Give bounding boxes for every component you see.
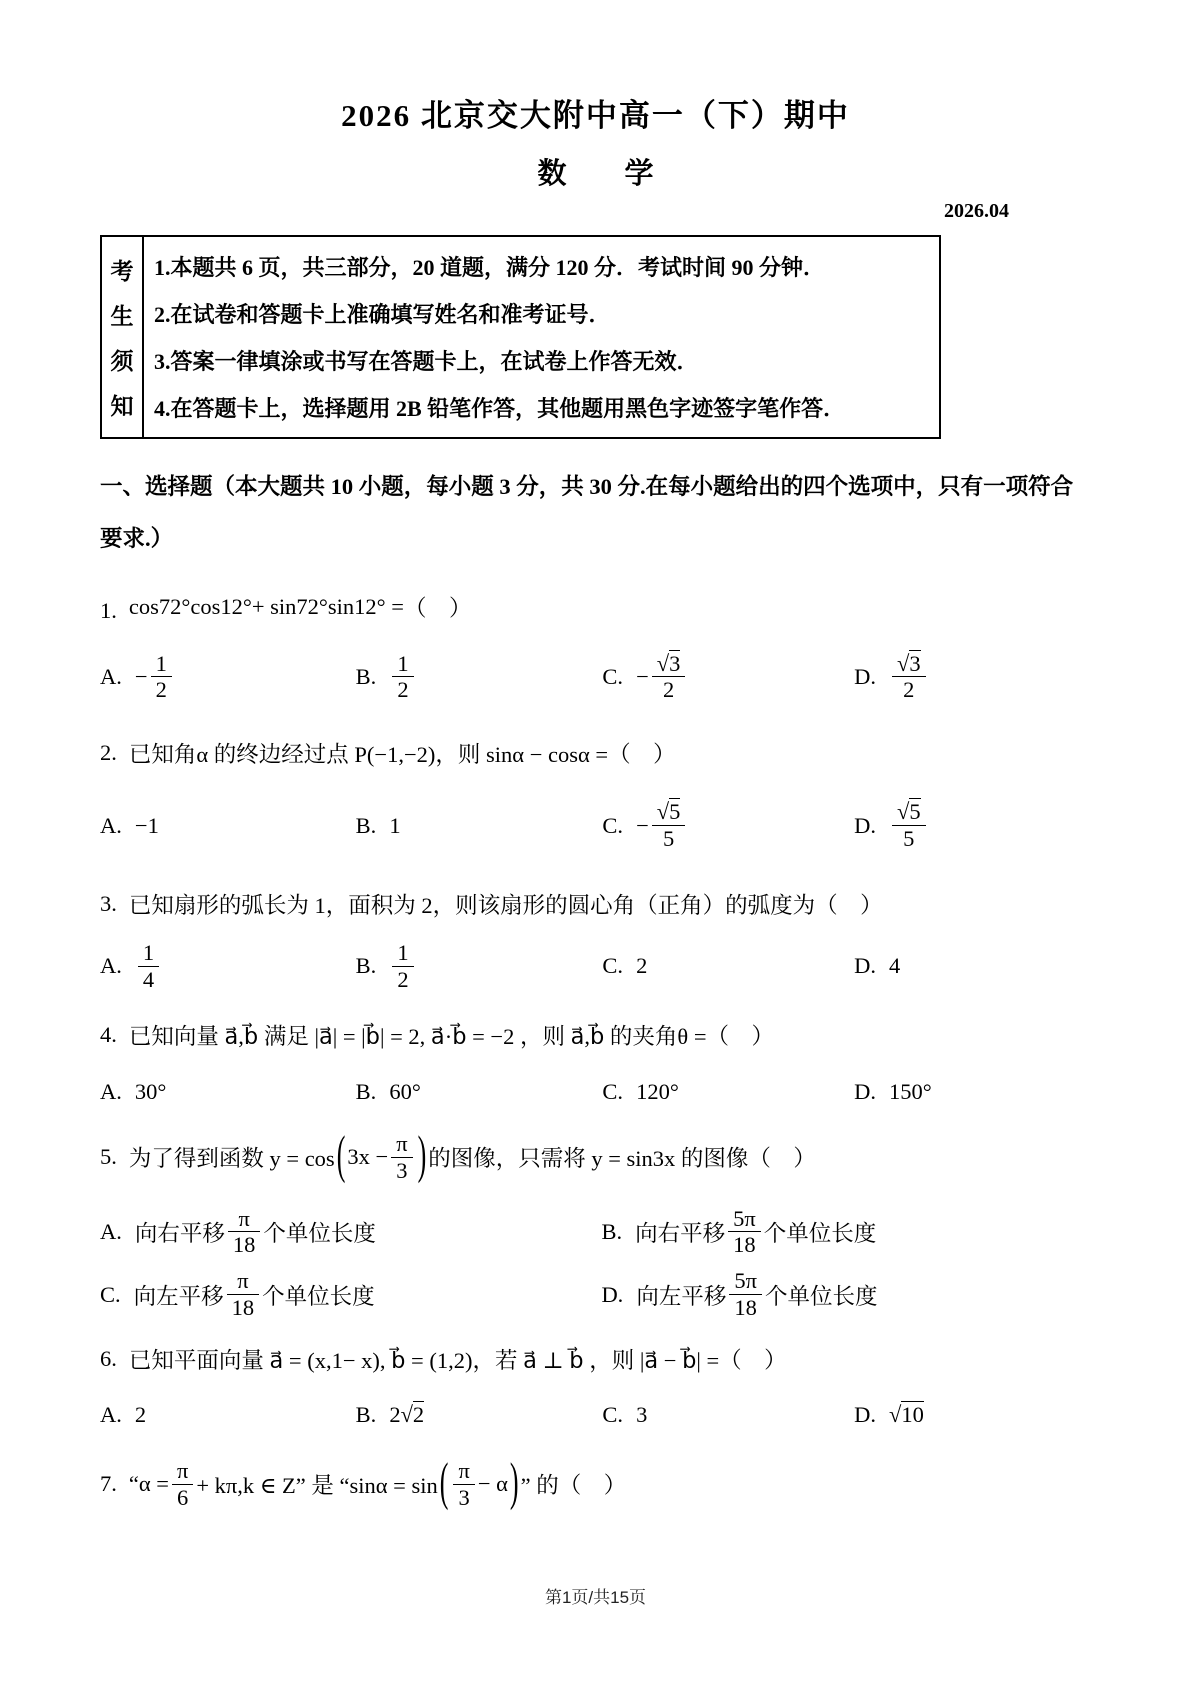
option-label: D.	[854, 664, 876, 690]
big-right-paren: )	[418, 1125, 427, 1187]
option-label: D.	[854, 953, 876, 979]
option-A: A. 14	[100, 940, 356, 993]
option-label: C.	[602, 664, 623, 690]
question-1-stem: cos72°cos12°+ sin72°sin12° =	[129, 594, 404, 620]
option-label: C.	[602, 953, 623, 979]
question-3-options: A. 14 B. 12 C. 2 D. 4	[100, 940, 1091, 993]
question-5: 5. 为了得到函数 y = cos ( 3x − π3 ) 的图像，只需将 y …	[100, 1131, 1091, 1184]
exam-date: 2026.04	[100, 200, 1091, 223]
big-right-paren: )	[510, 1452, 519, 1514]
option-D: D. √10	[854, 1401, 1091, 1428]
option-A: A. −1	[100, 813, 356, 839]
minus-sign: −	[636, 813, 649, 839]
radical-sign: √	[897, 799, 909, 824]
radical-sign: √	[401, 1402, 413, 1428]
option-D: D. 4	[854, 953, 1091, 979]
option-A: A. 2	[100, 1402, 356, 1428]
fraction: 5π18	[728, 1206, 761, 1259]
option-label: D.	[854, 1402, 876, 1428]
option-value: 60°	[389, 1079, 421, 1105]
radical-sign: √	[657, 651, 669, 676]
radicand: 10	[901, 1401, 924, 1428]
option-label: A.	[100, 664, 122, 690]
fraction: 12	[151, 651, 172, 704]
fraction: √32	[652, 651, 686, 704]
question-3: 3. 已知扇形的弧长为 1，面积为 2，则该扇形的圆心角（正角）的弧度为（ ）	[100, 888, 1091, 920]
option-value: 4	[889, 953, 900, 979]
exam-page: 2026 北京交大附中高一（下）期中 数 学 2026.04 考 生 须 知 1…	[0, 0, 1191, 1684]
question-6-options: A. 2 B. 2 √2 C. 3 D. √10	[100, 1401, 1091, 1428]
option-label: A.	[100, 1079, 122, 1105]
option-value: −1	[135, 813, 159, 839]
question-5-stem-inner: 3x −	[347, 1144, 388, 1170]
option-C: C. 3	[602, 1402, 854, 1428]
option-label: C.	[602, 813, 623, 839]
option-A: A. − 12	[100, 651, 356, 704]
question-5-options-row-2: C. 向左平移 π18 个单位长度 D. 向左平移 5π18 个单位长度	[100, 1268, 1091, 1321]
option-value: 1	[389, 813, 400, 839]
option-B: B. 2 √2	[356, 1401, 603, 1428]
question-4-options: A. 30° B. 60° C. 120° D. 150°	[100, 1079, 1091, 1105]
radicand: 3	[909, 650, 920, 676]
option-label: C.	[100, 1282, 121, 1308]
question-1: 1. cos72°cos12°+ sin72°sin12° = （ ）	[100, 591, 1091, 623]
radical-sign: √	[889, 1402, 901, 1428]
question-2-stem: 已知角α 的终边经过点 P(−1,−2)，则 sinα − cosα =（ ）	[129, 737, 676, 769]
coefficient: 2	[389, 1402, 400, 1428]
notice-side-char: 生	[111, 298, 134, 331]
option-label: A.	[100, 813, 122, 839]
big-left-paren: (	[337, 1125, 346, 1187]
notice-line: 4.在答题卡上，选择题用 2B 铅笔作答，其他题用黑色字迹签字笔作答．	[154, 384, 939, 431]
question-number: 6.	[100, 1346, 117, 1372]
fraction: π6	[172, 1458, 193, 1511]
fraction: 14	[138, 940, 159, 993]
question-number: 1.	[100, 598, 117, 624]
question-1-options: A. − 12 B. 12 C. − √32 D. √32	[100, 651, 1091, 704]
option-label: D.	[601, 1282, 623, 1308]
fraction: √32	[892, 651, 926, 704]
option-label: B.	[356, 1079, 377, 1105]
section-heading: 一、选择题（本大题共 10 小题，每小题 3 分，共 30 分.在每小题给出的四…	[100, 461, 1091, 565]
option-B: B. 向右平移 5π18 个单位长度	[601, 1206, 1091, 1259]
subject-title: 数 学	[100, 151, 1091, 192]
fraction: 5π18	[729, 1268, 762, 1321]
fraction: π18	[228, 1206, 261, 1259]
question-7-stem-part: ” 的（ ）	[521, 1468, 627, 1500]
notice-body: 1.本题共 6 页，共三部分，20 道题，满分 120 分．考试时间 90 分钟…	[144, 237, 939, 437]
option-text: 向左平移	[134, 1279, 224, 1311]
radicand: 5	[909, 798, 920, 824]
radical-sign: √	[657, 799, 669, 824]
question-1-answer-blank: （ ）	[404, 591, 472, 623]
option-C: C. − √55	[602, 799, 854, 852]
notice-side-char: 考	[111, 253, 134, 286]
fraction: 12	[392, 940, 413, 993]
question-7-stem-part: “α =	[129, 1471, 169, 1497]
question-4: 4. 已知向量 a⃗,b⃗ 满足 |a⃗| = |b⃗| = 2, a⃗·b⃗ …	[100, 1019, 1091, 1051]
question-number: 5.	[100, 1144, 117, 1170]
question-number: 3.	[100, 891, 117, 917]
radicand: 3	[669, 650, 680, 676]
question-3-stem: 已知扇形的弧长为 1，面积为 2，则该扇形的圆心角（正角）的弧度为（ ）	[129, 888, 883, 920]
option-D: D. 向左平移 5π18 个单位长度	[601, 1268, 1091, 1321]
option-label: D.	[854, 1079, 876, 1105]
option-label: B.	[356, 1402, 377, 1428]
question-number: 4.	[100, 1022, 117, 1048]
option-C: C. 120°	[602, 1079, 854, 1105]
big-left-paren: (	[440, 1452, 449, 1514]
option-C: C. 2	[602, 953, 854, 979]
option-text: 向右平移	[635, 1216, 725, 1248]
option-label: A.	[100, 1219, 122, 1245]
option-text: 向左平移	[636, 1279, 726, 1311]
radicand: 2	[413, 1401, 424, 1428]
question-number: 2.	[100, 740, 117, 766]
minus-sign: −	[135, 664, 148, 690]
notice-line: 2.在试卷和答题卡上准确填写姓名和准考证号．	[154, 290, 939, 337]
option-label: C.	[602, 1402, 623, 1428]
page-title: 2026 北京交大附中高一（下）期中	[100, 90, 1091, 135]
option-text: 个单位长度	[262, 1279, 375, 1311]
question-5-options-row-1: A. 向右平移 π18 个单位长度 B. 向右平移 5π18 个单位长度	[100, 1206, 1091, 1259]
question-7-stem-part: − α	[478, 1471, 508, 1497]
fraction: π3	[391, 1131, 412, 1184]
option-value: 30°	[135, 1079, 167, 1105]
option-text: 向右平移	[135, 1216, 225, 1248]
candidate-notice-box: 考 生 须 知 1.本题共 6 页，共三部分，20 道题，满分 120 分．考试…	[100, 235, 941, 439]
page-footer: 第1页/共15页	[0, 1583, 1191, 1608]
question-6: 6. 已知平面向量 a⃗ = (x,1− x), b⃗ = (1,2)，若 a⃗…	[100, 1343, 1091, 1375]
fraction: √55	[892, 799, 926, 852]
option-value: 2	[636, 953, 647, 979]
question-number: 7.	[100, 1471, 117, 1497]
option-label: A.	[100, 953, 122, 979]
notice-side-label: 考 生 须 知	[102, 237, 144, 437]
option-value: 150°	[889, 1079, 932, 1105]
question-4-stem: 已知向量 a⃗,b⃗ 满足 |a⃗| = |b⃗| = 2, a⃗·b⃗ = −…	[129, 1019, 774, 1051]
option-B: B. 1	[356, 813, 603, 839]
option-A: A. 向右平移 π18 个单位长度	[100, 1206, 601, 1259]
question-2-options: A. −1 B. 1 C. − √55 D. √55	[100, 799, 1091, 852]
option-label: B.	[601, 1219, 622, 1245]
option-text: 个单位长度	[765, 1279, 878, 1311]
fraction: π18	[227, 1268, 260, 1321]
option-text: 个单位长度	[263, 1216, 376, 1248]
fraction: π3	[453, 1458, 474, 1511]
question-7: 7. “α = π6 + kπ,k ∈ Z” 是 “sinα = sin ( π…	[100, 1458, 1091, 1511]
question-2: 2. 已知角α 的终边经过点 P(−1,−2)，则 sinα − cosα =（…	[100, 737, 1091, 769]
fraction: 12	[392, 651, 413, 704]
option-B: B. 60°	[356, 1079, 603, 1105]
option-text: 个单位长度	[764, 1216, 877, 1248]
question-5-stem-post: 的图像，只需将 y = sin3x 的图像（ ）	[428, 1141, 816, 1173]
option-B: B. 12	[356, 651, 603, 704]
option-label: D.	[854, 813, 876, 839]
question-7-stem-part: + kπ,k ∈ Z” 是 “sinα = sin	[196, 1468, 437, 1500]
option-label: B.	[356, 813, 377, 839]
option-label: B.	[356, 953, 377, 979]
option-B: B. 12	[356, 940, 603, 993]
option-C: C. − √32	[602, 651, 854, 704]
notice-line: 1.本题共 6 页，共三部分，20 道题，满分 120 分．考试时间 90 分钟…	[154, 243, 939, 290]
question-6-stem: 已知平面向量 a⃗ = (x,1− x), b⃗ = (1,2)，若 a⃗ ⊥ …	[129, 1343, 787, 1375]
notice-line: 3.答案一律填涂或书写在答题卡上，在试卷上作答无效．	[154, 337, 939, 384]
minus-sign: −	[636, 664, 649, 690]
option-D: D. √55	[854, 799, 1091, 852]
radical-sign: √	[897, 651, 909, 676]
option-label: A.	[100, 1402, 122, 1428]
option-D: D. 150°	[854, 1079, 1091, 1105]
option-label: C.	[602, 1079, 623, 1105]
option-A: A. 30°	[100, 1079, 356, 1105]
option-value: 120°	[636, 1079, 679, 1105]
notice-side-char: 知	[111, 388, 134, 421]
option-C: C. 向左平移 π18 个单位长度	[100, 1268, 601, 1321]
notice-side-char: 须	[111, 343, 134, 376]
question-5-stem-pre: 为了得到函数 y = cos	[129, 1141, 335, 1173]
option-D: D. √32	[854, 651, 1091, 704]
option-label: B.	[356, 664, 377, 690]
option-value: 2	[135, 1402, 146, 1428]
radicand: 5	[669, 798, 680, 824]
option-value: 3	[636, 1402, 647, 1428]
fraction: √55	[652, 799, 686, 852]
